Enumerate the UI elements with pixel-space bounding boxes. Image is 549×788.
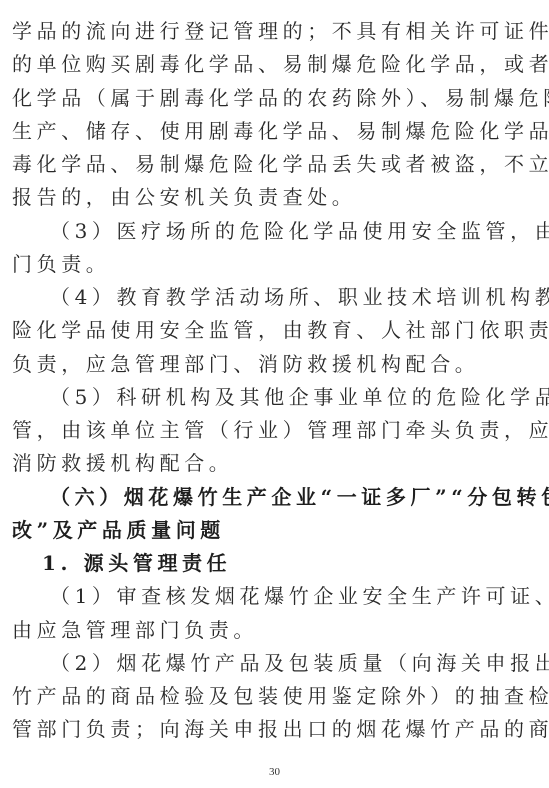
text-line: 险化学品使用安全监管，由教育、人社部门依职责分工分别牵头 xyxy=(12,314,514,347)
text-line: 毒化学品、易制爆危险化学品丢失或者被盗，不立即向公安机关 xyxy=(12,148,514,181)
text-line: 管，由该单位主管（行业）管理部门牵头负责，应急管理部门、 xyxy=(12,414,514,447)
text-line: 管部门负责；向海关申报出口的烟花爆竹产品的商品检验及包装 xyxy=(12,713,514,746)
text-line: 生产、储存、使用剧毒化学品、易制爆危险化学品的单位发现剧 xyxy=(12,115,514,148)
text-line: 的单位购买剧毒化学品、易制爆危险化学品，或者个人购买剧毒 xyxy=(12,48,514,81)
text-line: 报告的，由公安机关负责查处。 xyxy=(12,181,514,214)
text-line: 学品的流向进行登记管理的；不具有相关许可证件或者证明文件 xyxy=(12,15,514,48)
paragraph-item-4: （4）教育教学活动场所、职业技术培训机构教学场所的危 xyxy=(12,281,514,314)
section-heading-6: （六）烟花爆竹生产企业“一证多厂”“分包转包”“三超一 xyxy=(12,481,514,514)
paragraph-item-5: （5）科研机构及其他企事业单位的危险化学品使用安全监 xyxy=(12,381,514,414)
text-line: 负责，应急管理部门、消防救援机构配合。 xyxy=(12,348,514,381)
subsection-heading-1: 1. 源头管理责任 xyxy=(12,547,514,580)
text-line: 竹产品的商品检验及包装使用鉴定除外）的抽查检验，由市场监 xyxy=(12,680,514,713)
text-line: 消防救援机构配合。 xyxy=(12,447,514,480)
paragraph-item-1: （1）审查核发烟花爆竹企业安全生产许可证、经营许可证， xyxy=(12,580,514,613)
text-line: 门负责。 xyxy=(12,248,514,281)
document-body: 学品的流向进行登记管理的；不具有相关许可证件或者证明文件 的单位购买剧毒化学品、… xyxy=(12,15,514,747)
section-heading-6-cont: 改”及产品质量问题 xyxy=(12,514,514,547)
text-line: 化学品（属于剧毒化学品的农药除外）、易制爆危险化学品的； xyxy=(12,82,514,115)
text-line: 由应急管理部门负责。 xyxy=(12,614,514,647)
document-page: 学品的流向进行登记管理的；不具有相关许可证件或者证明文件 的单位购买剧毒化学品、… xyxy=(0,0,549,788)
paragraph-item-2: （2）烟花爆竹产品及包装质量（向海关申报出口的烟花爆 xyxy=(12,647,514,680)
page-number: 30 xyxy=(0,766,549,778)
paragraph-item-3: （3）医疗场所的危险化学品使用安全监管，由卫生健康部 xyxy=(12,215,514,248)
